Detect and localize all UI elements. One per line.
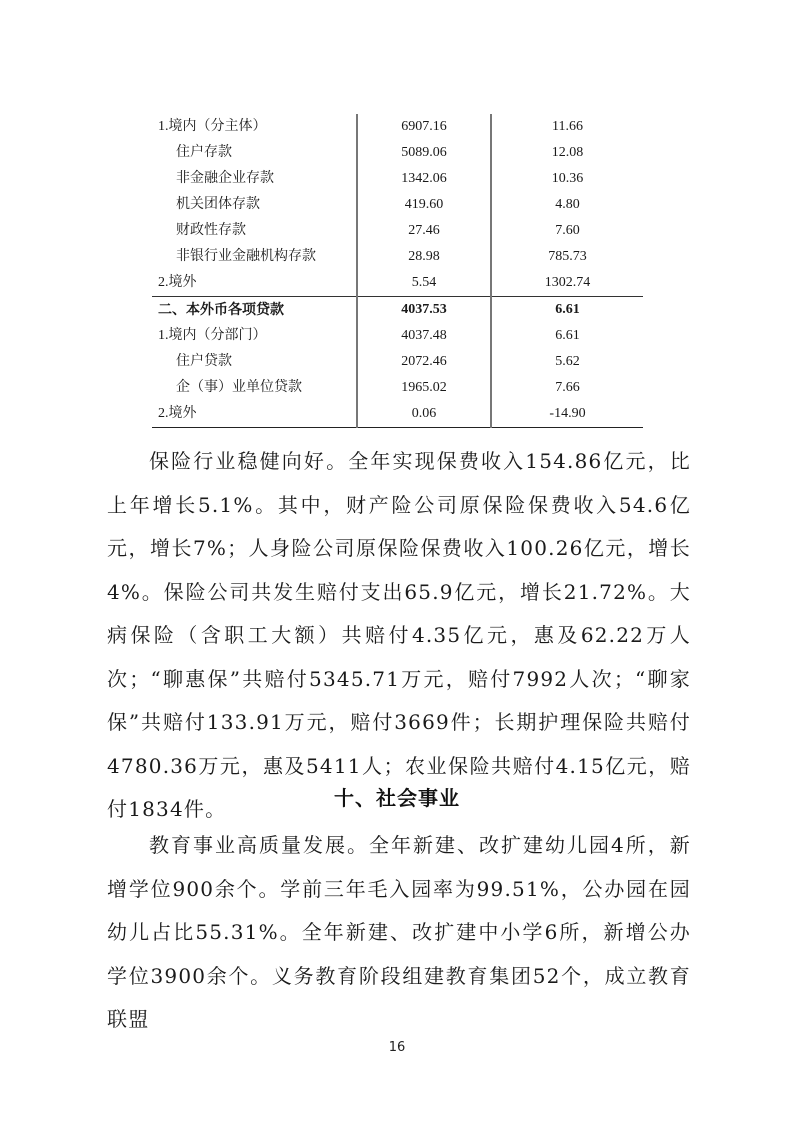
row-growth: 6.61: [491, 323, 643, 349]
row-value: 5.54: [357, 270, 491, 297]
row-label: 企（事）业单位贷款: [152, 375, 357, 401]
row-label: 住户贷款: [152, 349, 357, 375]
row-value: 6907.16: [357, 114, 491, 140]
row-label: 二、本外币各项贷款: [152, 297, 357, 324]
insurance-paragraph: 保险行业稳健向好。全年实现保费收入154.86亿元，比上年增长5.1%。其中，财…: [107, 440, 691, 832]
row-value: 28.98: [357, 244, 491, 270]
row-label: 1.境内（分主体）: [152, 114, 357, 140]
row-label: 2.境外: [152, 270, 357, 297]
table-row: 非银行业金融机构存款 28.98 785.73: [152, 244, 643, 270]
row-label: 非银行业金融机构存款: [152, 244, 357, 270]
row-growth: 10.36: [491, 166, 643, 192]
table-row: 住户存款 5089.06 12.08: [152, 140, 643, 166]
table-row: 2.境外 5.54 1302.74: [152, 270, 643, 297]
row-value: 27.46: [357, 218, 491, 244]
table-row: 财政性存款 27.46 7.60: [152, 218, 643, 244]
table-row: 非金融企业存款 1342.06 10.36: [152, 166, 643, 192]
row-growth: 6.61: [491, 297, 643, 324]
row-label: 住户存款: [152, 140, 357, 166]
row-label: 财政性存款: [152, 218, 357, 244]
table-row: 1.境内（分主体） 6907.16 11.66: [152, 114, 643, 140]
table-row: 1.境内（分部门） 4037.48 6.61: [152, 323, 643, 349]
row-label: 非金融企业存款: [152, 166, 357, 192]
row-value: 2072.46: [357, 349, 491, 375]
table-row: 住户贷款 2072.46 5.62: [152, 349, 643, 375]
financial-table-container: 1.境内（分主体） 6907.16 11.66 住户存款 5089.06 12.…: [152, 114, 643, 428]
row-growth: 12.08: [491, 140, 643, 166]
page-number: 16: [0, 1040, 794, 1055]
row-value: 5089.06: [357, 140, 491, 166]
row-value: 4037.48: [357, 323, 491, 349]
row-label: 1.境内（分部门）: [152, 323, 357, 349]
row-growth: 11.66: [491, 114, 643, 140]
row-growth: 7.66: [491, 375, 643, 401]
education-paragraph: 教育事业高质量发展。全年新建、改扩建幼儿园4所，新增学位900余个。学前三年毛入…: [107, 824, 691, 1042]
row-value: 1965.02: [357, 375, 491, 401]
row-value: 0.06: [357, 401, 491, 428]
table-row-loans-total: 二、本外币各项贷款 4037.53 6.61: [152, 297, 643, 324]
row-growth: -14.90: [491, 401, 643, 428]
row-growth: 7.60: [491, 218, 643, 244]
row-growth: 1302.74: [491, 270, 643, 297]
table-row: 企（事）业单位贷款 1965.02 7.66: [152, 375, 643, 401]
row-value: 419.60: [357, 192, 491, 218]
row-growth: 5.62: [491, 349, 643, 375]
row-growth: 785.73: [491, 244, 643, 270]
row-value: 1342.06: [357, 166, 491, 192]
row-value: 4037.53: [357, 297, 491, 324]
deposits-loans-table: 1.境内（分主体） 6907.16 11.66 住户存款 5089.06 12.…: [152, 114, 643, 428]
row-growth: 4.80: [491, 192, 643, 218]
section-heading: 十、社会事业: [0, 782, 794, 811]
table-row: 机关团体存款 419.60 4.80: [152, 192, 643, 218]
row-label: 2.境外: [152, 401, 357, 428]
row-label: 机关团体存款: [152, 192, 357, 218]
table-row: 2.境外 0.06 -14.90: [152, 401, 643, 428]
